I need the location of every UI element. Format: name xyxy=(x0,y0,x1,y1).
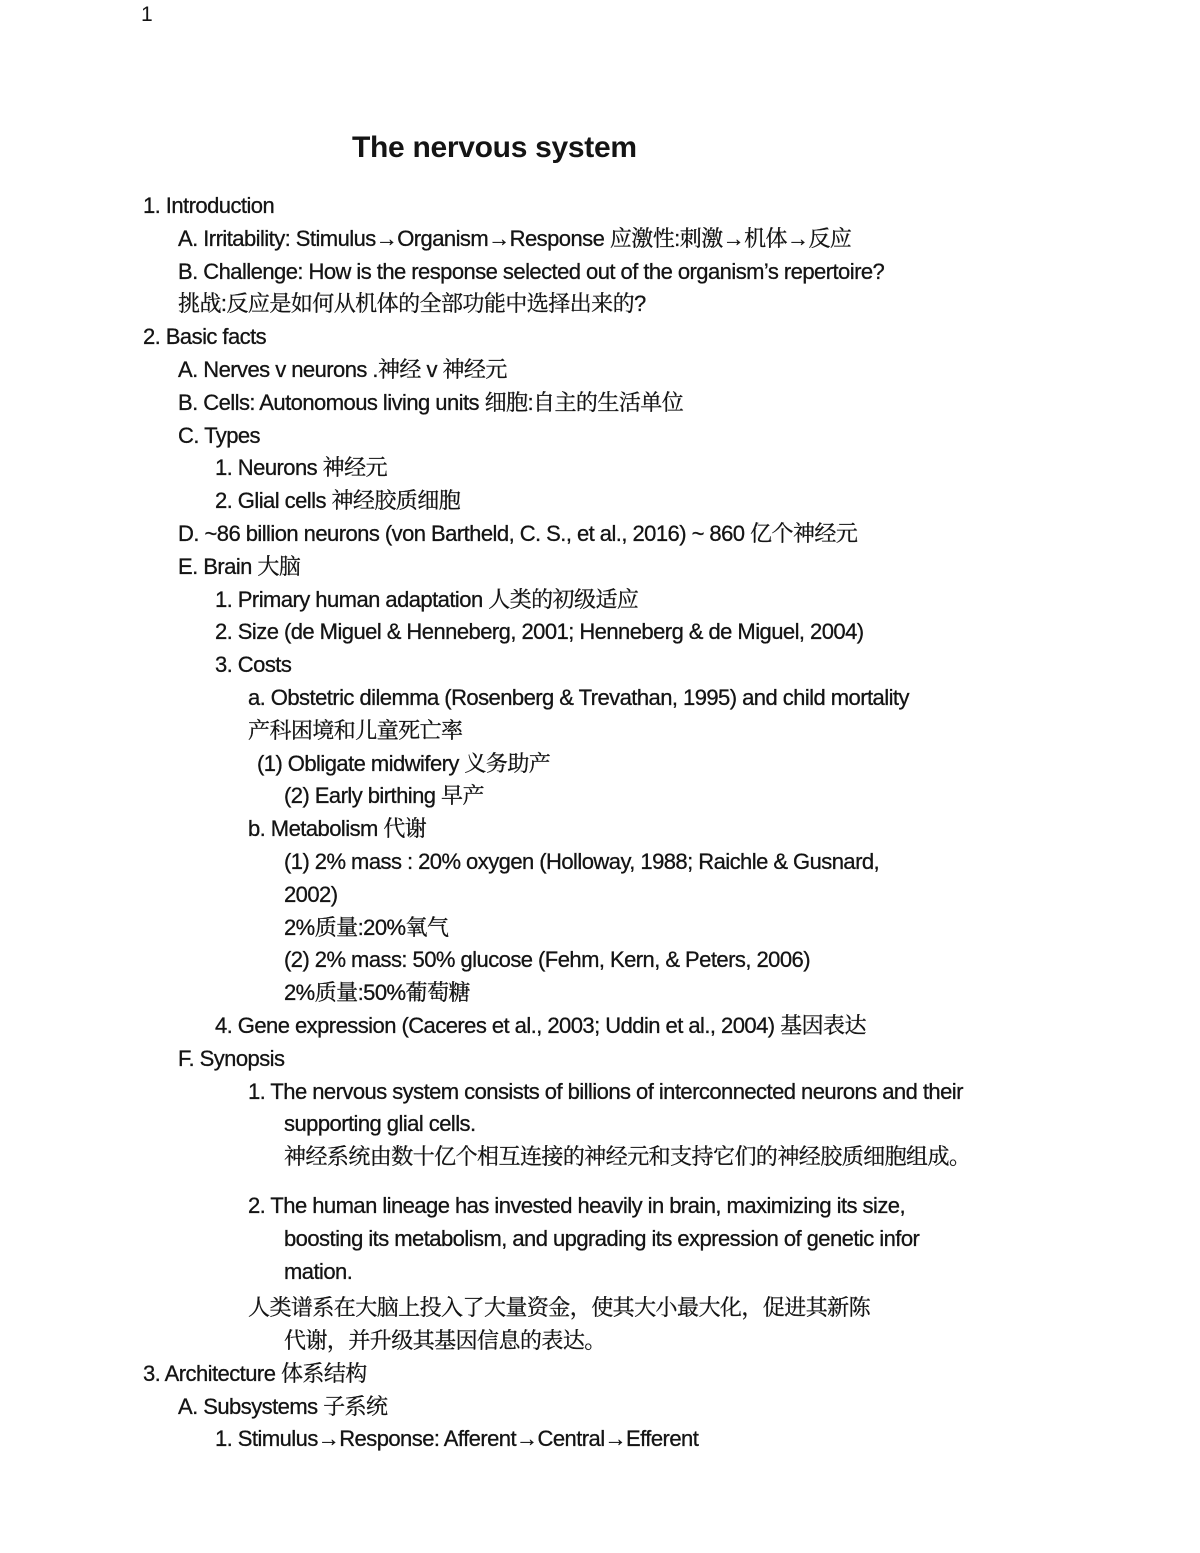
outline-line: a. Obstetric dilemma (Rosenberg & Trevat… xyxy=(248,682,1200,715)
outline: 1. Introduction A. Irritability: Stimulu… xyxy=(0,190,1200,1456)
outline-line: C. Types xyxy=(178,420,1200,453)
page-number: 1 xyxy=(141,2,152,28)
outline-line: 2. Glial cells 神经胶质细胞 xyxy=(215,485,1200,518)
outline-line: A. Irritability: Stimulus→Organism→Respo… xyxy=(178,223,1200,256)
outline-line: 代谢，并升级其基因信息的表达。 xyxy=(284,1325,1200,1358)
outline-line: 1. Stimulus→Response: Afferent→Central→E… xyxy=(215,1423,1200,1456)
outline-line: E. Brain 大脑 xyxy=(178,551,1200,584)
outline-line: 2. Basic facts xyxy=(143,321,1200,354)
outline-line: 2%质量:20%氧气 xyxy=(284,912,1200,945)
outline-line: (1) 2% mass : 20% oxygen (Holloway, 1988… xyxy=(284,846,1200,879)
outline-line: boosting its metabolism, and upgrading i… xyxy=(284,1223,1200,1256)
outline-line: A. Subsystems 子系统 xyxy=(178,1391,1200,1424)
outline-line: 4. Gene expression (Caceres et al., 2003… xyxy=(215,1010,1200,1043)
outline-line: D. ~86 billion neurons (von Bartheld, C.… xyxy=(178,518,1200,551)
outline-line: 产科困境和儿童死亡率 xyxy=(248,715,1200,748)
outline-line: 1. Neurons 神经元 xyxy=(215,452,1200,485)
outline-line: 1. Primary human adaptation 人类的初级适应 xyxy=(215,584,1200,617)
outline-line: 1. Introduction xyxy=(143,190,1200,223)
outline-line: F. Synopsis xyxy=(178,1043,1200,1076)
outline-line: B. Cells: Autonomous living units 细胞:自主的… xyxy=(178,387,1200,420)
outline-line: 2%质量:50%葡萄糖 xyxy=(284,977,1200,1010)
outline-line: 2. The human lineage has invested heavil… xyxy=(248,1190,1200,1223)
outline-line: 神经系统由数十亿个相互连接的神经元和支持它们的神经胶质细胞组成。 xyxy=(284,1141,1200,1174)
outline-line: (2) 2% mass: 50% glucose (Fehm, Kern, & … xyxy=(284,944,1200,977)
outline-line: mation. xyxy=(284,1256,1200,1289)
outline-line: B. Challenge: How is the response select… xyxy=(178,256,1200,289)
outline-line: (1) Obligate midwifery 义务助产 xyxy=(257,748,1200,781)
outline-line: 3. Costs xyxy=(215,649,1200,682)
outline-line: b. Metabolism 代谢 xyxy=(248,813,1200,846)
outline-line: A. Nerves v neurons .神经 v 神经元 xyxy=(178,354,1200,387)
outline-line: 人类谱系在大脑上投入了大量资金，使其大小最大化，促进其新陈 xyxy=(248,1292,1200,1325)
outline-line: 2002) xyxy=(284,879,1200,912)
outline-line: 1. The nervous system consists of billio… xyxy=(248,1076,1200,1109)
outline-line: 挑战:反应是如何从机体的全部功能中选择出来的? xyxy=(178,288,1200,321)
outline-line: 2. Size (de Miguel & Henneberg, 2001; He… xyxy=(215,616,1200,649)
outline-line: supporting glial cells. xyxy=(284,1108,1200,1141)
outline-line: (2) Early birthing 早产 xyxy=(284,780,1200,813)
document-page: 1 The nervous system 1. Introduction A. … xyxy=(0,0,1200,1553)
document-title: The nervous system xyxy=(352,131,637,165)
outline-line: 3. Architecture 体系结构 xyxy=(143,1358,1200,1391)
